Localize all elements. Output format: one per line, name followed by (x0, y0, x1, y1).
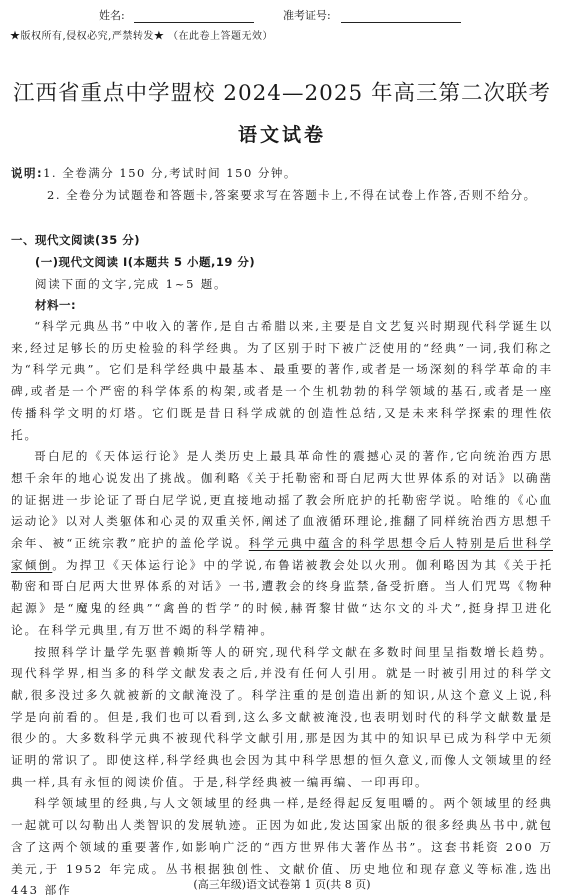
exam-id-label: 准考证号: (283, 7, 331, 23)
copyright-notice: ★版权所有,侵权必究,严禁转发★ （在此卷上答题无效） (10, 27, 273, 42)
instructions-label: 说明: (11, 166, 43, 180)
instructions-line-1: 说明:1. 全卷满分 150 分,考试时间 150 分钟。 (11, 165, 297, 181)
exam-id-blank-line (341, 22, 461, 23)
instruction-item-2: 2. 全卷分为试题卷和答题卡,答案要求写在答题卡上,不得在试卷上作答,否则不给分… (47, 187, 537, 203)
reading-instruction: 阅读下面的文字,完成 1~5 题。 (35, 276, 227, 292)
passage-paragraph-2-end: 。为捍卫《天体运行论》中的学说,布鲁诺被教会处以火刑。伽利略因为其《关于托勒密和… (11, 558, 553, 637)
name-blank-line (134, 22, 254, 23)
exam-title: 江西省重点中学盟校 2024—2025 年高三第二次联考 (0, 76, 564, 107)
passage-paragraph-1: “科学元典丛书”中收入的著作,是自古希腊以来,主要是自文艺复兴时期现代科学诞生以… (11, 316, 553, 446)
reading-passage: “科学元典丛书”中收入的著作,是自古希腊以来,主要是自文艺复兴时期现代科学诞生以… (11, 316, 553, 895)
exam-subject: 语文试卷 (0, 120, 564, 147)
passage-paragraph-2-start: 哥白尼的《天体运行论》是人类历史上最具革命性的震撼心灵的著作,它向统治西方思想千… (11, 449, 553, 550)
material-label: 材料一: (35, 297, 76, 313)
subsection-heading: (一)现代文阅读 I(本题共 5 小题,19 分) (35, 254, 255, 270)
instruction-item-1: 1. 全卷满分 150 分,考试时间 150 分钟。 (43, 166, 297, 180)
passage-paragraph-2: 哥白尼的《天体运行论》是人类历史上最具革命性的震撼心灵的著作,它向统治西方思想千… (11, 446, 553, 641)
page-footer: (高三年级)语文试卷第 1 页(共 8 页) (0, 876, 564, 892)
section-heading: 一、现代文阅读(35 分) (11, 232, 140, 248)
name-label: 姓名: (99, 7, 125, 23)
passage-paragraph-3: 按照科学计量学先驱普赖斯等人的研究,现代科学文献在多数时间里呈指数增长趋势。现代… (11, 642, 553, 794)
